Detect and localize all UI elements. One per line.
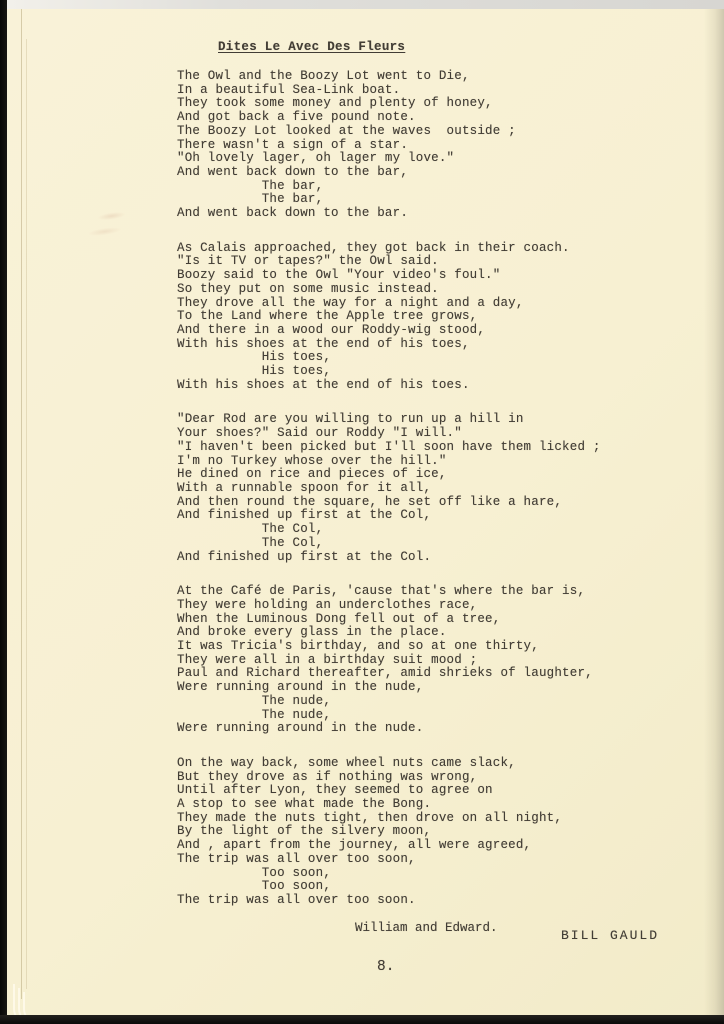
poem-line: They were holding an underclothes race,	[177, 599, 601, 613]
poem-line: His toes,	[177, 351, 601, 365]
author-name: BILL GAULD	[561, 928, 659, 943]
stanza: On the way back, some wheel nuts came sl…	[177, 757, 601, 908]
poem-line: The nude,	[177, 709, 601, 723]
poem-line: "Dear Rod are you willing to run up a hi…	[177, 413, 601, 427]
poem-line: On the way back, some wheel nuts came sl…	[177, 757, 601, 771]
poem-line: Too soon,	[177, 880, 601, 894]
poem-line: With his shoes at the end of his toes.	[177, 379, 601, 393]
poem-line: "Is it TV or tapes?" the Owl said.	[177, 255, 601, 269]
poem-line: He dined on rice and pieces of ice,	[177, 468, 601, 482]
poem-line: The Col,	[177, 537, 601, 551]
poem-line: They drove all the way for a night and a…	[177, 297, 601, 311]
poem-line: And there in a wood our Roddy-wig stood,	[177, 324, 601, 338]
poem-line: And then round the square, he set off li…	[177, 496, 601, 510]
poem-line: With his shoes at the end of his toes,	[177, 338, 601, 352]
poem-line: It was Tricia's birthday, and so at one …	[177, 640, 601, 654]
poem-line: When the Luminous Dong fell out of a tre…	[177, 613, 601, 627]
poem-line: Were running around in the nude.	[177, 722, 601, 736]
poem-line: Your shoes?" Said our Roddy "I will."	[177, 427, 601, 441]
stanza: "Dear Rod are you willing to run up a hi…	[177, 413, 601, 564]
scanner-background-strip	[7, 0, 724, 9]
underlying-page-edge	[21, 9, 22, 999]
poem-line: The bar,	[177, 193, 601, 207]
underlying-page-edge	[26, 39, 27, 989]
page-number: 8.	[377, 959, 394, 975]
poem-line: So they put on some music instead.	[177, 283, 601, 297]
poem-line: And broke every glass in the place.	[177, 626, 601, 640]
poem-line: And , apart from the journey, all were a…	[177, 839, 601, 853]
poem-line: I'm no Turkey whose over the hill."	[177, 455, 601, 469]
poem-line: There wasn't a sign of a star.	[177, 139, 601, 153]
poem-line: The trip was all over too soon.	[177, 894, 601, 908]
paper-smudge	[83, 204, 133, 242]
poem-line: A stop to see what made the Bong.	[177, 798, 601, 812]
poem-line: "I haven't been picked but I'll soon hav…	[177, 441, 601, 455]
scan-left-edge	[0, 0, 7, 1024]
poem-line: And got back a five pound note.	[177, 111, 601, 125]
poem-line: The Owl and the Boozy Lot went to Die,	[177, 70, 601, 84]
poem-line: Until after Lyon, they seemed to agree o…	[177, 784, 601, 798]
poem-attribution: William and Edward.	[355, 921, 498, 935]
poem-line: And went back down to the bar,	[177, 166, 601, 180]
poem-line: At the Café de Paris, 'cause that's wher…	[177, 585, 601, 599]
poem-line: And went back down to the bar.	[177, 207, 601, 221]
poem-line: The trip was all over too soon,	[177, 853, 601, 867]
poem-line: And finished up first at the Col.	[177, 551, 601, 565]
poem-line: The Col,	[177, 523, 601, 537]
scan-bottom-edge	[0, 1015, 724, 1024]
stanza: As Calais approached, they got back in t…	[177, 242, 601, 393]
poem-line: They took some money and plenty of honey…	[177, 97, 601, 111]
poem-line: But they drove as if nothing was wrong,	[177, 771, 601, 785]
poem-line: Boozy said to the Owl "Your video's foul…	[177, 269, 601, 283]
poem-body: The Owl and the Boozy Lot went to Die,In…	[177, 70, 601, 908]
scanned-page: Dites Le Avec Des Fleurs The Owl and the…	[0, 0, 724, 1024]
poem-line: In a beautiful Sea-Link boat.	[177, 84, 601, 98]
poem-line: Were running around in the nude,	[177, 681, 601, 695]
poem-line: They were all in a birthday suit mood ;	[177, 654, 601, 668]
poem-line: Paul and Richard thereafter, amid shriek…	[177, 667, 601, 681]
poem-line: Too soon,	[177, 867, 601, 881]
poem-title: Dites Le Avec Des Fleurs	[218, 40, 601, 54]
poem-line: By the light of the silvery moon,	[177, 825, 601, 839]
stanza: The Owl and the Boozy Lot went to Die,In…	[177, 70, 601, 221]
poem-line: "Oh lovely lager, oh lager my love."	[177, 152, 601, 166]
poem-line: As Calais approached, they got back in t…	[177, 242, 601, 256]
poem-line: And finished up first at the Col,	[177, 509, 601, 523]
poem-line: With a runnable spoon for it all,	[177, 482, 601, 496]
stanza: At the Café de Paris, 'cause that's wher…	[177, 585, 601, 736]
poem-line: The nude,	[177, 695, 601, 709]
poem-line: The bar,	[177, 180, 601, 194]
poem: Dites Le Avec Des Fleurs The Owl and the…	[177, 40, 601, 929]
poem-line: To the Land where the Apple tree grows,	[177, 310, 601, 324]
poem-line: The Boozy Lot looked at the waves outsid…	[177, 125, 601, 139]
page-curl-shadow	[704, 9, 724, 1015]
poem-line: His toes,	[177, 365, 601, 379]
poem-line: They made the nuts tight, then drove on …	[177, 812, 601, 826]
